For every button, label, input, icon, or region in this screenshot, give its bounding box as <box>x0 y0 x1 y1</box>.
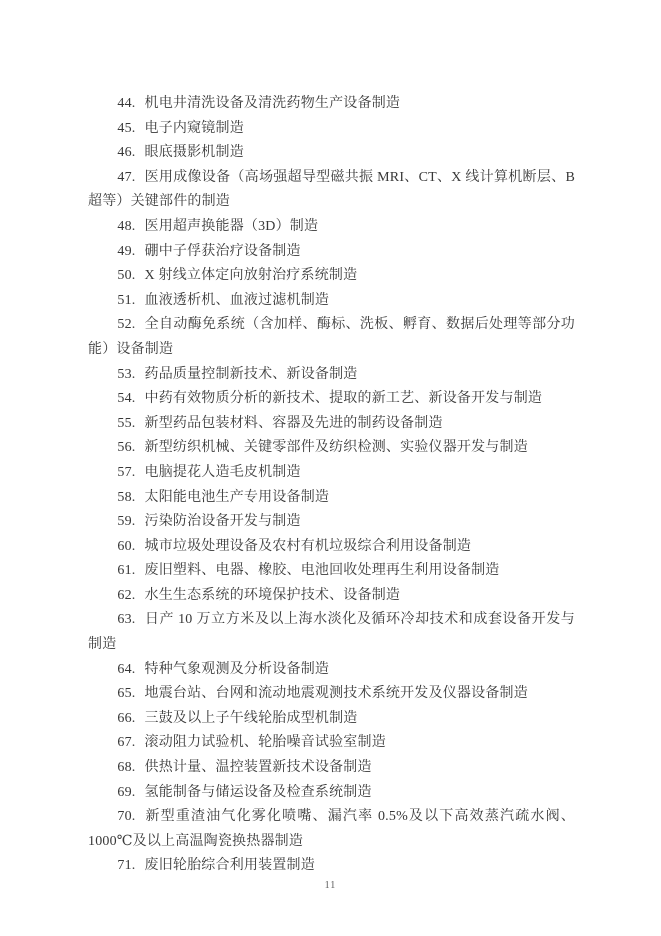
list-item: 64.特种气象观测及分析设备制造 <box>88 658 575 683</box>
item-number: 57. <box>117 465 135 480</box>
item-number: 70. <box>117 809 135 824</box>
item-text: 全自动酶免系统（含加样、酶标、洗板、孵育、数据后处理等部分功能）设备制造 <box>88 317 575 357</box>
item-text: 水生生态系统的环境保护技术、设备制造 <box>145 588 401 603</box>
list-item: 67.滚动阻力试验机、轮胎噪音试验室制造 <box>88 731 575 756</box>
item-text: 废旧轮胎综合利用装置制造 <box>145 858 315 873</box>
item-number: 63. <box>117 612 135 627</box>
item-number: 56. <box>117 440 135 455</box>
item-number: 69. <box>117 785 135 800</box>
item-text: 三鼓及以上子午线轮胎成型机制造 <box>145 711 358 726</box>
item-text: 新型药品包装材料、容器及先进的制药设备制造 <box>145 416 443 431</box>
item-text: 药品质量控制新技术、新设备制造 <box>145 367 358 382</box>
list-item: 52.全自动酶免系统（含加样、酶标、洗板、孵育、数据后处理等部分功能）设备制造 <box>88 313 575 362</box>
item-text: 污染防治设备开发与制造 <box>145 514 301 529</box>
item-text: 血液透析机、血液过滤机制造 <box>145 293 330 308</box>
item-text: 滚动阻力试验机、轮胎噪音试验室制造 <box>145 735 386 750</box>
list-item: 51.血液透析机、血液过滤机制造 <box>88 289 575 314</box>
item-number: 59. <box>117 514 135 529</box>
list-item: 46.眼底摄影机制造 <box>88 141 575 166</box>
list-item: 71.废旧轮胎综合利用装置制造 <box>88 854 575 879</box>
list-item: 59.污染防治设备开发与制造 <box>88 510 575 535</box>
list-item: 60.城市垃圾处理设备及农村有机垃圾综合利用设备制造 <box>88 535 575 560</box>
item-text: 硼中子俘获治疗设备制造 <box>145 244 301 259</box>
item-text: 医用成像设备（高场强超导型磁共振 MRI、CT、X 线计算机断层、B 超等）关键… <box>88 170 575 210</box>
list-item: 44.机电井清洗设备及清洗药物生产设备制造 <box>88 92 575 117</box>
item-number: 67. <box>117 735 135 750</box>
item-number: 52. <box>117 317 135 332</box>
item-number: 51. <box>117 293 135 308</box>
item-text: X 射线立体定向放射治疗系统制造 <box>145 268 358 283</box>
list-item: 66.三鼓及以上子午线轮胎成型机制造 <box>88 707 575 732</box>
item-text: 地震台站、台网和流动地震观测技术系统开发及仪器设备制造 <box>145 686 528 701</box>
item-text: 医用超声换能器（3D）制造 <box>145 219 319 234</box>
list-item: 69.氢能制备与储运设备及检查系统制造 <box>88 781 575 806</box>
item-number: 44. <box>117 96 135 111</box>
list-item: 62.水生生态系统的环境保护技术、设备制造 <box>88 584 575 609</box>
item-number: 61. <box>117 563 135 578</box>
item-number: 66. <box>117 711 135 726</box>
list-item: 48.医用超声换能器（3D）制造 <box>88 215 575 240</box>
item-text: 新型纺织机械、关键零部件及纺织检测、实验仪器开发与制造 <box>145 440 528 455</box>
item-number: 50. <box>117 268 135 283</box>
item-text: 电子内窥镜制造 <box>145 121 244 136</box>
list-item: 54.中药有效物质分析的新技术、提取的新工艺、新设备开发与制造 <box>88 387 575 412</box>
item-number: 48. <box>117 219 135 234</box>
list-item: 61.废旧塑料、电器、橡胶、电池回收处理再生利用设备制造 <box>88 559 575 584</box>
list-item: 58.太阳能电池生产专用设备制造 <box>88 486 575 511</box>
item-number: 46. <box>117 145 135 160</box>
list-item: 47.医用成像设备（高场强超导型磁共振 MRI、CT、X 线计算机断层、B 超等… <box>88 166 575 215</box>
document-page: 44.机电井清洗设备及清洗药物生产设备制造 45.电子内窥镜制造 46.眼底摄影… <box>0 0 661 936</box>
list-item: 56.新型纺织机械、关键零部件及纺织检测、实验仪器开发与制造 <box>88 436 575 461</box>
item-number: 58. <box>117 490 135 505</box>
list-item: 65.地震台站、台网和流动地震观测技术系统开发及仪器设备制造 <box>88 682 575 707</box>
item-text: 中药有效物质分析的新技术、提取的新工艺、新设备开发与制造 <box>145 391 543 406</box>
item-text: 太阳能电池生产专用设备制造 <box>145 490 330 505</box>
item-text: 城市垃圾处理设备及农村有机垃圾综合利用设备制造 <box>145 539 472 554</box>
item-text: 电脑提花人造毛皮机制造 <box>145 465 301 480</box>
list-content: 44.机电井清洗设备及清洗药物生产设备制造 45.电子内窥镜制造 46.眼底摄影… <box>88 92 575 879</box>
list-item: 49.硼中子俘获治疗设备制造 <box>88 240 575 265</box>
item-text: 氢能制备与储运设备及检查系统制造 <box>145 785 372 800</box>
list-item: 50.X 射线立体定向放射治疗系统制造 <box>88 264 575 289</box>
item-number: 64. <box>117 662 135 677</box>
item-text: 日产 10 万立方米及以上海水淡化及循环冷却技术和成套设备开发与制造 <box>88 612 575 652</box>
page-number: 11 <box>0 880 661 891</box>
item-number: 65. <box>117 686 135 701</box>
list-item: 45.电子内窥镜制造 <box>88 117 575 142</box>
item-text: 眼底摄影机制造 <box>145 145 244 160</box>
item-text: 特种气象观测及分析设备制造 <box>145 662 330 677</box>
list-item: 70.新型重渣油气化雾化喷嘴、漏汽率 0.5%及以下高效蒸汽疏水阀、1000℃及… <box>88 805 575 854</box>
item-number: 49. <box>117 244 135 259</box>
list-item: 63.日产 10 万立方米及以上海水淡化及循环冷却技术和成套设备开发与制造 <box>88 608 575 657</box>
item-text: 废旧塑料、电器、橡胶、电池回收处理再生利用设备制造 <box>145 563 500 578</box>
list-item: 57.电脑提花人造毛皮机制造 <box>88 461 575 486</box>
item-number: 62. <box>117 588 135 603</box>
item-number: 68. <box>117 760 135 775</box>
item-number: 55. <box>117 416 135 431</box>
list-item: 53.药品质量控制新技术、新设备制造 <box>88 363 575 388</box>
item-number: 71. <box>117 858 135 873</box>
item-number: 45. <box>117 121 135 136</box>
item-number: 54. <box>117 391 135 406</box>
item-number: 53. <box>117 367 135 382</box>
item-number: 47. <box>117 170 135 185</box>
item-number: 60. <box>117 539 135 554</box>
item-text: 供热计量、温控装置新技术设备制造 <box>145 760 372 775</box>
item-text: 新型重渣油气化雾化喷嘴、漏汽率 0.5%及以下高效蒸汽疏水阀、1000℃及以上高… <box>88 809 575 849</box>
list-item: 55.新型药品包装材料、容器及先进的制药设备制造 <box>88 412 575 437</box>
item-text: 机电井清洗设备及清洗药物生产设备制造 <box>145 96 401 111</box>
list-item: 68.供热计量、温控装置新技术设备制造 <box>88 756 575 781</box>
